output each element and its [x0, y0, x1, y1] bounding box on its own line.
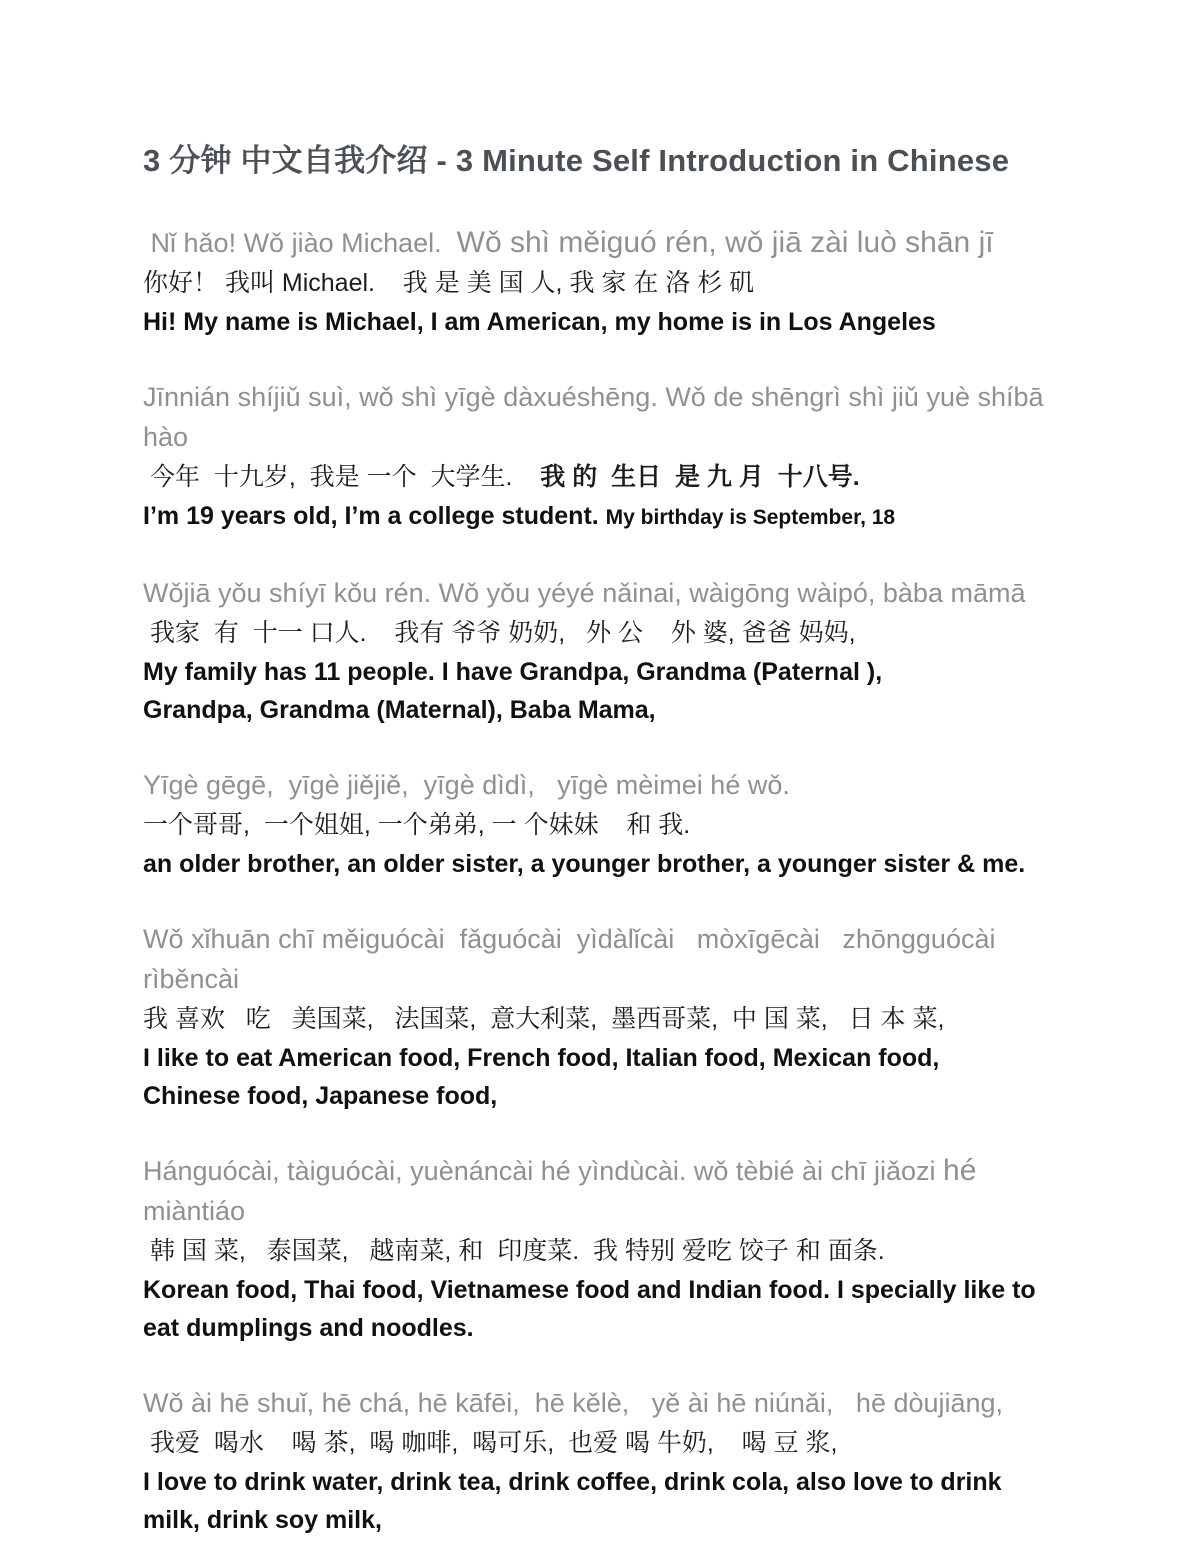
english-line: I’m 19 years old, I’m a college student.…: [143, 497, 1057, 537]
pinyin-line: Wǒ xǐhuān chī měiguócài fǎguócài yìdàlǐc…: [143, 919, 1057, 999]
paragraph: Yīgè gēgē, yīgè jiějiě, yīgè dìdì, yīgè …: [143, 765, 1057, 883]
hanzi-line: 我家 有 十一 口人. 我有 爷爷 奶奶, 外 公 外 婆, 爸爸 妈妈,: [143, 613, 1057, 653]
pinyin-line: Nǐ hǎo! Wǒ jiào Michael. Wǒ shì měiguó r…: [143, 223, 1057, 263]
pinyin-line-segment: Jīnnián shíjiǔ suì, wǒ shì yīgè dàxuéshē…: [143, 382, 1051, 452]
pinyin-line-segment: Hánguócài, tàiguócài, yuènáncài hé yìndù…: [143, 1156, 943, 1186]
pinyin-line: Jīnnián shíjiǔ suì, wǒ shì yīgè dàxuéshē…: [143, 377, 1057, 457]
english-line-segment: My family has 11 people. I have Grandpa,…: [143, 658, 882, 724]
english-line: My family has 11 people. I have Grandpa,…: [143, 653, 1057, 729]
hanzi-line: 我 喜欢 吃 美国菜, 法国菜, 意大利菜, 墨西哥菜, 中 国 菜, 日 本 …: [143, 999, 1057, 1039]
hanzi-line-segment: 我 的 生日 是 九 月 十八号.: [540, 463, 859, 491]
english-line: an older brother, an older sister, a you…: [143, 845, 1057, 883]
hanzi-line-segment: 我家 有 十一 口人. 我有 爷爷 奶奶, 外 公 外 婆, 爸爸 妈妈,: [143, 619, 856, 647]
paragraph: Wǒ ài hē shuǐ, hē chá, hē kāfēi, hē kělè…: [143, 1383, 1057, 1539]
english-line: Korean food, Thai food, Vietnamese food …: [143, 1271, 1057, 1347]
english-line: I like to eat American food, French food…: [143, 1039, 1057, 1115]
hanzi-line: 今年 十九岁, 我是 一个 大学生. 我 的 生日 是 九 月 十八号.: [143, 457, 1057, 497]
paragraph: Nǐ hǎo! Wǒ jiào Michael. Wǒ shì měiguó r…: [143, 223, 1057, 341]
pinyin-line-segment: Wǒjiā yǒu shíyī kǒu rén. Wǒ yǒu yéyé nǎi…: [143, 578, 1025, 608]
pinyin-line: Hánguócài, tàiguócài, yuènáncài hé yìndù…: [143, 1151, 1057, 1231]
hanzi-line-segment: 我爱 喝水 喝 茶, 喝 咖啡, 喝可乐, 也爱 喝 牛奶, 喝 豆 浆,: [143, 1429, 838, 1457]
english-line-segment: My birthday is September, 18: [606, 506, 895, 529]
paragraph: Wǒjiā yǒu shíyī kǒu rén. Wǒ yǒu yéyé nǎi…: [143, 573, 1057, 729]
pinyin-line-segment: hé: [943, 1154, 976, 1187]
pinyin-line-segment: Wǒ ài hē shuǐ, hē chá, hē kāfēi, hē kělè…: [143, 1388, 1003, 1418]
hanzi-line-segment: 一个哥哥, 一个姐姐, 一个弟弟, 一 个妹妹 和 我.: [143, 811, 690, 839]
pinyin-line-segment: Yīgè gēgē, yīgè jiějiě, yīgè dìdì, yīgè …: [143, 770, 790, 800]
hanzi-line-segment: 我 喜欢 吃 美国菜, 法国菜, 意大利菜, 墨西哥菜, 中 国 菜, 日 本 …: [143, 1005, 944, 1033]
paragraph: Jīnnián shíjiǔ suì, wǒ shì yīgè dàxuéshē…: [143, 377, 1057, 537]
pinyin-line: Wǒjiā yǒu shíyī kǒu rén. Wǒ yǒu yéyé nǎi…: [143, 573, 1057, 613]
pinyin-line-segment: Wǒ shì měiguó rén, wǒ jiā zài luò shān j…: [457, 226, 994, 259]
paragraph: Wǒ xǐhuān chī měiguócài fǎguócài yìdàlǐc…: [143, 919, 1057, 1115]
pinyin-line-segment: Nǐ hǎo! Wǒ jiào Michael.: [143, 228, 457, 258]
document-page: 3 分钟 中文自我介绍 - 3 Minute Self Introduction…: [0, 0, 1200, 1553]
english-line: I love to drink water, drink tea, drink …: [143, 1463, 1057, 1539]
hanzi-line-segment: 你好！ 我叫 Michael. 我 是 美 国 人, 我 家 在 洛 杉 矶: [143, 269, 754, 297]
english-line-segment: Hi! My name is Michael, I am American, m…: [143, 308, 936, 336]
english-line: Hi! My name is Michael, I am American, m…: [143, 303, 1057, 341]
pinyin-line-segment: Wǒ xǐhuān chī měiguócài fǎguócài yìdàlǐc…: [143, 924, 1011, 994]
english-line-segment: Korean food, Thai food, Vietnamese food …: [143, 1276, 1036, 1342]
hanzi-line-segment: 今年 十九岁, 我是 一个 大学生.: [143, 463, 540, 491]
hanzi-line: 一个哥哥, 一个姐姐, 一个弟弟, 一 个妹妹 和 我.: [143, 805, 1057, 845]
hanzi-line-segment: 韩 国 菜, 泰国菜, 越南菜, 和 印度菜. 我 特别 爱吃 饺子 和 面条.: [143, 1237, 885, 1265]
hanzi-line: 韩 国 菜, 泰国菜, 越南菜, 和 印度菜. 我 特别 爱吃 饺子 和 面条.: [143, 1231, 1057, 1271]
english-line-segment: I’m 19 years old, I’m a college student.: [143, 502, 606, 530]
paragraphs-container: Nǐ hǎo! Wǒ jiào Michael. Wǒ shì měiguó r…: [143, 223, 1057, 1539]
hanzi-line: 你好！ 我叫 Michael. 我 是 美 国 人, 我 家 在 洛 杉 矶: [143, 263, 1057, 303]
hanzi-line: 我爱 喝水 喝 茶, 喝 咖啡, 喝可乐, 也爱 喝 牛奶, 喝 豆 浆,: [143, 1423, 1057, 1463]
pinyin-line: Wǒ ài hē shuǐ, hē chá, hē kāfēi, hē kělè…: [143, 1383, 1057, 1423]
english-line-segment: an older brother, an older sister, a you…: [143, 850, 1025, 878]
english-line-segment: I love to drink water, drink tea, drink …: [143, 1468, 1002, 1534]
page-title: 3 分钟 中文自我介绍 - 3 Minute Self Introduction…: [143, 141, 1057, 181]
english-line-segment: I like to eat American food, French food…: [143, 1044, 939, 1110]
paragraph: Hánguócài, tàiguócài, yuènáncài hé yìndù…: [143, 1151, 1057, 1347]
pinyin-line: Yīgè gēgē, yīgè jiějiě, yīgè dìdì, yīgè …: [143, 765, 1057, 805]
